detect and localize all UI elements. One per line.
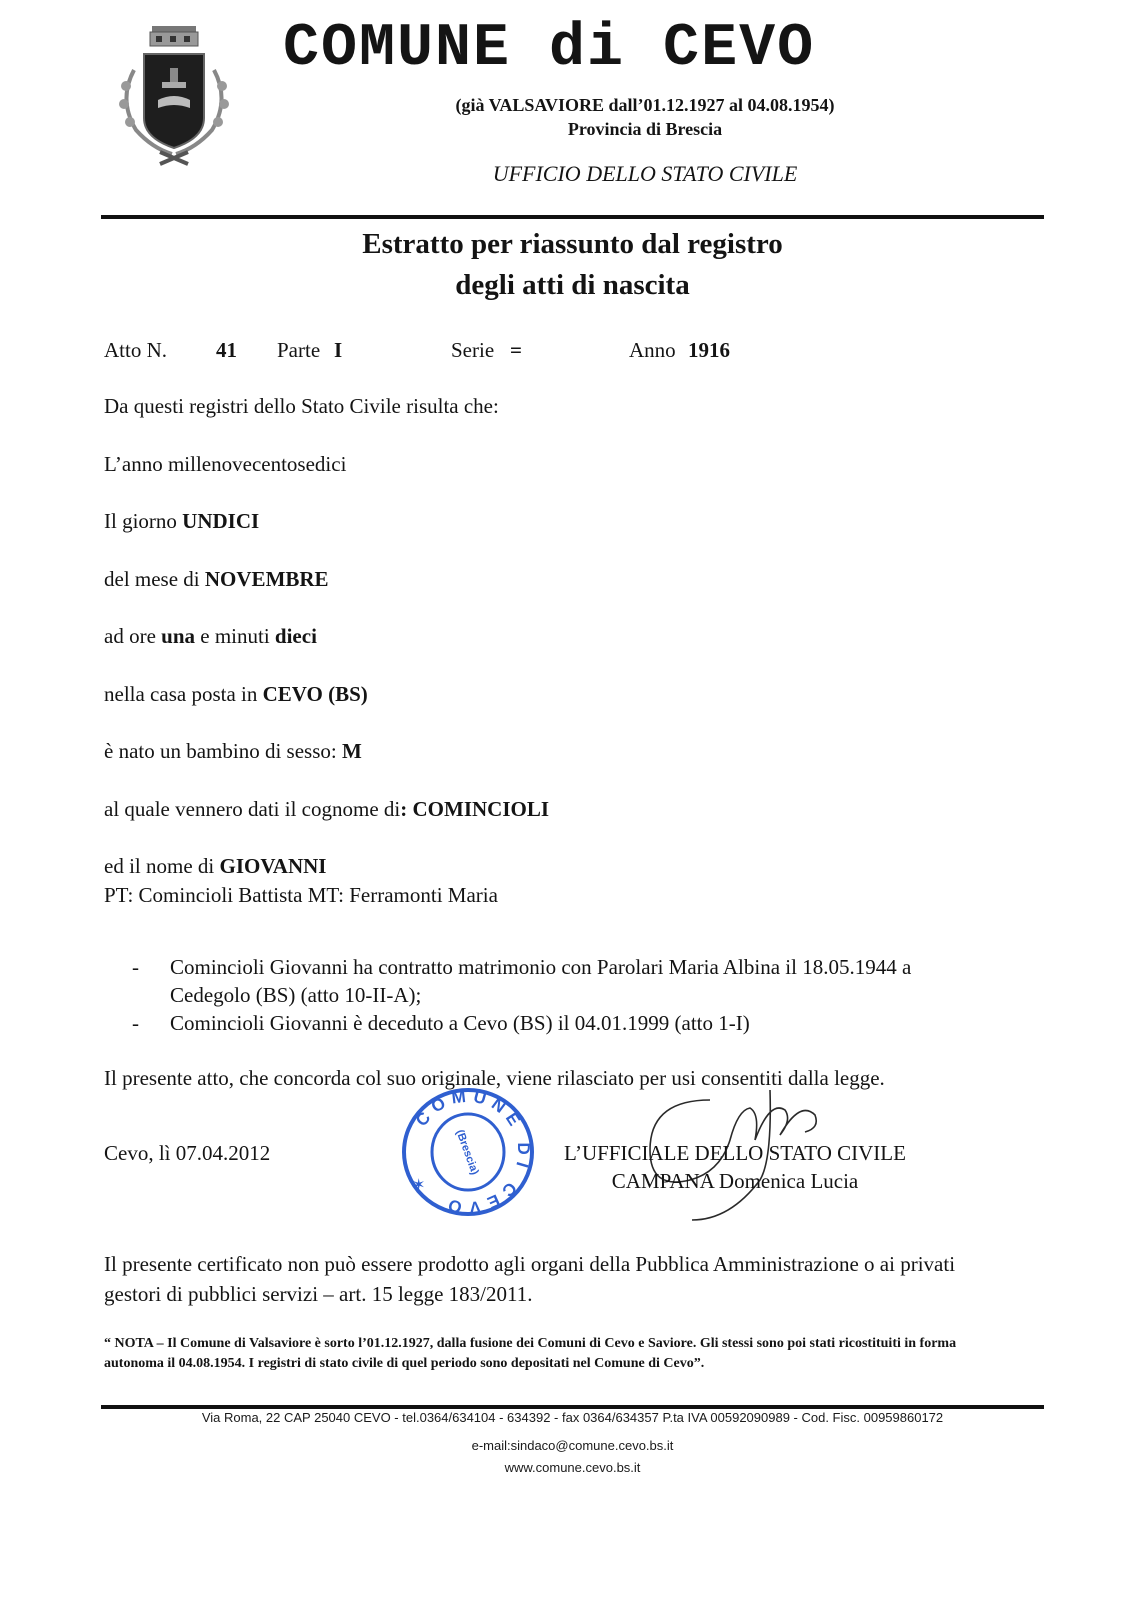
svg-text:(Brescia): (Brescia) — [453, 1128, 480, 1177]
surname-line: al quale vennero dati il cognome di: COM… — [104, 795, 549, 823]
sex-label: è nato un bambino di sesso: — [104, 739, 337, 763]
minute-value: dieci — [275, 624, 317, 648]
annotation-item: - Comincioli Giovanni ha contratto matri… — [132, 953, 932, 1009]
day-label: Il giorno — [104, 509, 177, 533]
surname-label: al quale vennero dati il cognome di — [104, 797, 400, 821]
anno-value: 1916 — [688, 336, 730, 364]
header-divider — [101, 215, 1044, 219]
bullet-dash: - — [132, 953, 139, 981]
parte-value: I — [334, 336, 342, 364]
annotation-item: - Comincioli Giovanni è deceduto a Cevo … — [132, 1009, 932, 1037]
month-value: NOVEMBRE — [205, 567, 329, 591]
annotation-text: Comincioli Giovanni è deceduto a Cevo (B… — [170, 1011, 750, 1035]
former-name-note: (già VALSAVIORE dall’01.12.1927 al 04.08… — [360, 93, 930, 117]
historical-note: “ NOTA – Il Comune di Valsaviore è sorto… — [104, 1334, 1019, 1374]
year-text: L’anno millenovecentosedici — [104, 450, 346, 478]
document-title: Estratto per riassunto dal registro degl… — [101, 224, 1044, 306]
parents-line: PT: Comincioli Battista MT: Ferramonti M… — [104, 881, 498, 909]
province-label: Provincia di Brescia — [360, 117, 930, 141]
day-line: Il giorno UNDICI — [104, 507, 259, 535]
place-label: nella casa posta in — [104, 682, 257, 706]
sex-value: M — [342, 739, 362, 763]
place-and-date: Cevo, lì 07.04.2012 — [104, 1139, 270, 1167]
atto-number: 41 — [216, 336, 237, 364]
place-line: nella casa posta in CEVO (BS) — [104, 680, 368, 708]
document-title-line2: degli atti di nascita — [101, 265, 1044, 306]
officer-title: L’UFFICIALE DELLO STATO CIVILE — [550, 1139, 920, 1167]
footer-address: Via Roma, 22 CAP 25040 CEVO - tel.0364/6… — [101, 1409, 1044, 1427]
hour-value: una — [161, 624, 195, 648]
officer-block: L’UFFICIALE DELLO STATO CIVILE CAMPANA D… — [550, 1139, 920, 1195]
minute-label: e minuti — [200, 624, 269, 648]
serie-label: Serie — [451, 336, 494, 364]
time-line: ad ore una e minuti dieci — [104, 622, 317, 650]
anno-label: Anno — [629, 336, 676, 364]
surname-value: : COMINCIOLI — [400, 797, 549, 821]
serie-value: = — [510, 336, 522, 364]
place-value: CEVO (BS) — [263, 682, 368, 706]
usage-notice: Il presente certificato non può essere p… — [104, 1249, 1004, 1309]
hour-label: ad ore — [104, 624, 156, 648]
footer-website-link[interactable]: www.comune.cevo.bs.it — [101, 1459, 1044, 1477]
month-label: del mese di — [104, 567, 200, 591]
municipality-title: COMUNE di CEVO — [283, 14, 815, 84]
sex-line: è nato un bambino di sesso: M — [104, 737, 362, 765]
day-value: UNDICI — [182, 509, 259, 533]
intro-text: Da questi registri dello Stato Civile ri… — [104, 392, 499, 420]
footer-email-link[interactable]: e-mail:sindaco@comune.cevo.bs.it — [101, 1437, 1044, 1455]
bullet-dash: - — [132, 1009, 139, 1037]
annotations-list: - Comincioli Giovanni ha contratto matri… — [132, 953, 932, 1037]
document-title-line1: Estratto per riassunto dal registro — [101, 224, 1044, 265]
name-value: GIOVANNI — [219, 854, 326, 878]
name-line: ed il nome di GIOVANNI — [104, 852, 326, 880]
month-line: del mese di NOVEMBRE — [104, 565, 329, 593]
office-label: UFFICIO DELLO STATO CIVILE — [360, 160, 930, 188]
svg-text:✶: ✶ — [412, 1177, 425, 1194]
municipal-coat-of-arms-icon — [104, 20, 244, 170]
official-stamp-icon: COMUNE DI CEVO (Brescia) ✶ — [398, 1082, 538, 1222]
atto-label: Atto N. — [104, 336, 167, 364]
officer-name: CAMPANA Domenica Lucia — [550, 1167, 920, 1195]
parte-label: Parte — [277, 336, 320, 364]
name-label: ed il nome di — [104, 854, 214, 878]
annotation-text: Comincioli Giovanni ha contratto matrimo… — [170, 955, 911, 1007]
